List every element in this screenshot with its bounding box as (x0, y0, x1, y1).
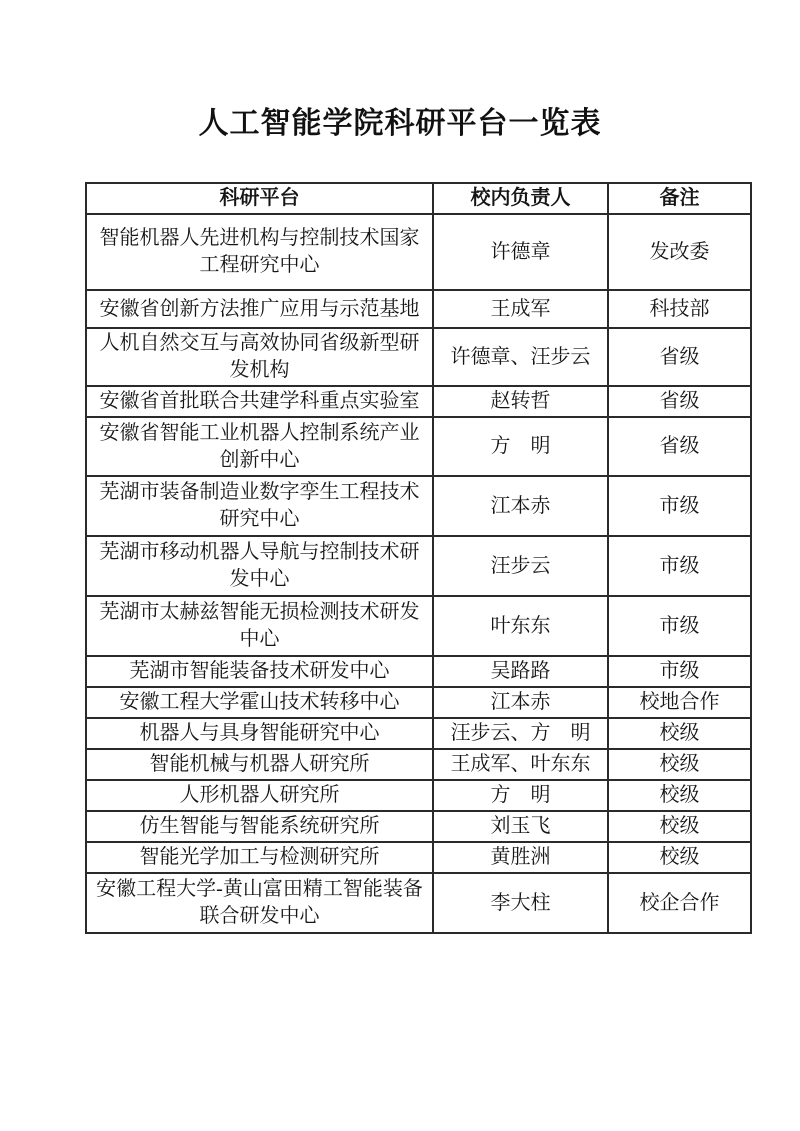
note-cell: 市级 (608, 596, 751, 656)
table-row: 智能机械与机器人研究所 王成军、叶东东 校级 (86, 749, 751, 780)
platform-cell: 人机自然交互与高效协同省级新型研发机构 (86, 328, 433, 386)
platform-cell: 安徽省创新方法推广应用与示范基地 (86, 290, 433, 328)
note-cell: 省级 (608, 386, 751, 417)
leader-cell: 许德章 (433, 214, 608, 290)
platform-cell: 安徽工程大学-黄山富田精工智能装备联合研发中心 (86, 873, 433, 933)
note-cell: 校级 (608, 749, 751, 780)
platform-cell: 机器人与具身智能研究中心 (86, 718, 433, 749)
note-cell: 校企合作 (608, 873, 751, 933)
leader-cell: 江本赤 (433, 687, 608, 718)
table-row: 安徽省首批联合共建学科重点实验室 赵转哲 省级 (86, 386, 751, 417)
table-row: 智能光学加工与检测研究所 黄胜洲 校级 (86, 842, 751, 873)
table-row: 芜湖市移动机器人导航与控制技术研发中心 汪步云 市级 (86, 536, 751, 596)
leader-cell: 汪步云、方 明 (433, 718, 608, 749)
leader-cell: 黄胜洲 (433, 842, 608, 873)
table-row: 安徽工程大学-黄山富田精工智能装备联合研发中心 李大柱 校企合作 (86, 873, 751, 933)
leader-cell: 江本赤 (433, 476, 608, 536)
note-cell: 校级 (608, 780, 751, 811)
platform-cell: 芜湖市智能装备技术研发中心 (86, 656, 433, 687)
page-title: 人工智能学院科研平台一览表 (0, 98, 800, 142)
header-cell-note: 备注 (608, 183, 751, 214)
table-row: 仿生智能与智能系统研究所 刘玉飞 校级 (86, 811, 751, 842)
table-row: 芜湖市智能装备技术研发中心 吴路路 市级 (86, 656, 751, 687)
platform-cell: 安徽省首批联合共建学科重点实验室 (86, 386, 433, 417)
platform-cell: 智能机器人先进机构与控制技术国家工程研究中心 (86, 214, 433, 290)
note-cell: 科技部 (608, 290, 751, 328)
leader-cell: 吴路路 (433, 656, 608, 687)
note-cell: 市级 (608, 656, 751, 687)
leader-cell: 李大柱 (433, 873, 608, 933)
leader-cell: 刘玉飞 (433, 811, 608, 842)
note-cell: 市级 (608, 536, 751, 596)
leader-cell: 王成军 (433, 290, 608, 328)
leader-cell: 王成军、叶东东 (433, 749, 608, 780)
platform-cell: 安徽工程大学霍山技术转移中心 (86, 687, 433, 718)
leader-cell: 叶东东 (433, 596, 608, 656)
note-cell: 校级 (608, 811, 751, 842)
note-cell: 校级 (608, 842, 751, 873)
leader-cell: 方 明 (433, 417, 608, 476)
leader-cell: 许德章、汪步云 (433, 328, 608, 386)
table-row: 安徽工程大学霍山技术转移中心 江本赤 校地合作 (86, 687, 751, 718)
document-page: 人工智能学院科研平台一览表 科研平台 校内负责人 备注 智能机器人先进机构与控制… (0, 0, 800, 1131)
platform-cell: 芜湖市装备制造业数字孪生工程技术研究中心 (86, 476, 433, 536)
table-row: 智能机器人先进机构与控制技术国家工程研究中心 许德章 发改委 (86, 214, 751, 290)
table-row: 安徽省智能工业机器人控制系统产业创新中心 方 明 省级 (86, 417, 751, 476)
platform-cell: 安徽省智能工业机器人控制系统产业创新中心 (86, 417, 433, 476)
leader-cell: 赵转哲 (433, 386, 608, 417)
note-cell: 校地合作 (608, 687, 751, 718)
table-row: 芜湖市装备制造业数字孪生工程技术研究中心 江本赤 市级 (86, 476, 751, 536)
table-header: 科研平台 校内负责人 备注 (86, 183, 751, 214)
table-row: 机器人与具身智能研究中心 汪步云、方 明 校级 (86, 718, 751, 749)
platform-cell: 芜湖市移动机器人导航与控制技术研发中心 (86, 536, 433, 596)
leader-cell: 汪步云 (433, 536, 608, 596)
research-platform-table: 科研平台 校内负责人 备注 智能机器人先进机构与控制技术国家工程研究中心 许德章… (85, 182, 752, 934)
table-row: 芜湖市太赫兹智能无损检测技术研发中心 叶东东 市级 (86, 596, 751, 656)
header-row: 科研平台 校内负责人 备注 (86, 183, 751, 214)
table-row: 安徽省创新方法推广应用与示范基地 王成军 科技部 (86, 290, 751, 328)
note-cell: 发改委 (608, 214, 751, 290)
note-cell: 校级 (608, 718, 751, 749)
platform-cell: 芜湖市太赫兹智能无损检测技术研发中心 (86, 596, 433, 656)
table-body: 智能机器人先进机构与控制技术国家工程研究中心 许德章 发改委 安徽省创新方法推广… (86, 214, 751, 933)
note-cell: 省级 (608, 417, 751, 476)
header-cell-platform: 科研平台 (86, 183, 433, 214)
platform-cell: 智能光学加工与检测研究所 (86, 842, 433, 873)
platform-cell: 智能机械与机器人研究所 (86, 749, 433, 780)
platform-cell: 仿生智能与智能系统研究所 (86, 811, 433, 842)
platform-cell: 人形机器人研究所 (86, 780, 433, 811)
table-row: 人形机器人研究所 方 明 校级 (86, 780, 751, 811)
leader-cell: 方 明 (433, 780, 608, 811)
note-cell: 市级 (608, 476, 751, 536)
table-row: 人机自然交互与高效协同省级新型研发机构 许德章、汪步云 省级 (86, 328, 751, 386)
note-cell: 省级 (608, 328, 751, 386)
header-cell-leader: 校内负责人 (433, 183, 608, 214)
